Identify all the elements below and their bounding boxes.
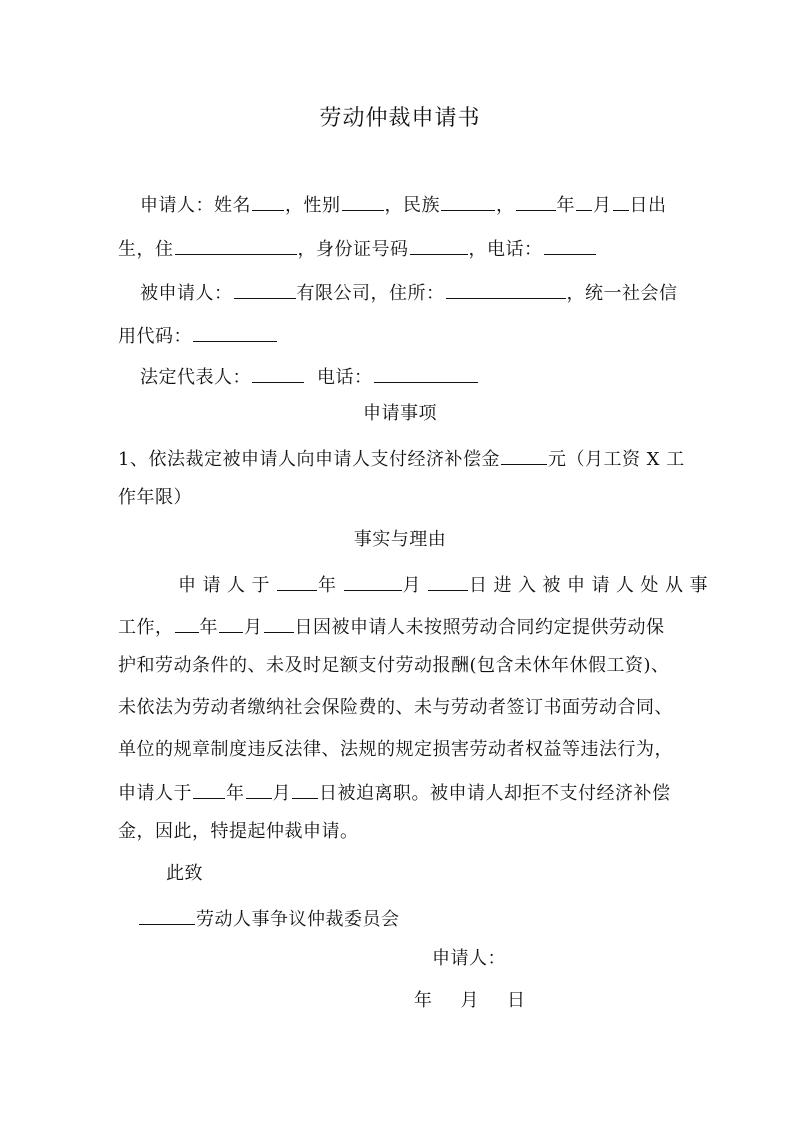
applicant-ethnicity-field[interactable] — [441, 190, 495, 211]
colon: ： — [174, 326, 193, 347]
resign-year-field[interactable] — [193, 778, 225, 799]
label-month: 月 — [403, 575, 428, 596]
applicant-gender-field[interactable] — [342, 190, 384, 211]
label-ethnicity: ，民族 — [385, 195, 441, 216]
respondent-company-field[interactable] — [234, 278, 296, 299]
label-day-born: 日出 — [630, 195, 667, 216]
signature-date: 年月日 — [414, 989, 526, 1013]
facts-text: 申请人于 — [118, 783, 192, 804]
signature-label: 申请人： — [432, 947, 506, 971]
colon: ： — [426, 283, 445, 304]
birth-day-field[interactable] — [613, 190, 629, 211]
claims-heading: 申请事项 — [0, 402, 800, 426]
document-title: 劳动仲裁申请书 — [0, 104, 800, 134]
label-applicant-name: 申请人：姓名 — [140, 195, 251, 216]
applicant-phone-field[interactable] — [544, 234, 596, 255]
label-month: 月 — [244, 617, 263, 638]
committee-name: 劳动人事争议仲裁委员会 — [196, 909, 400, 930]
applicant-id-field[interactable] — [410, 234, 468, 255]
colon: ： — [524, 239, 543, 260]
date-year-label: 年 — [414, 990, 433, 1011]
facts-heading: 事实与理由 — [0, 528, 800, 552]
facts-text: 工作， — [118, 617, 174, 638]
facts-line-6: 申请人于年月日被迫离职。被申请人却拒不支付经济补偿 — [118, 778, 671, 806]
claim-item-1-text: 1、依法裁定被申请人向申请人支付经济补偿金 — [118, 449, 500, 470]
label-month: 月 — [593, 195, 612, 216]
applicant-address-field[interactable] — [175, 234, 297, 255]
label-phone: ，电话 — [469, 239, 525, 260]
colon: ： — [354, 367, 373, 388]
facts-text: 日被迫离职。被申请人却拒不支付经济补偿 — [319, 783, 671, 804]
legal-rep-phone-field[interactable] — [374, 362, 478, 383]
salutation: 此致 — [166, 862, 203, 886]
label-credit-code-cont: 用代码 — [118, 326, 174, 347]
label-month: 月 — [273, 783, 292, 804]
facts-line-4: 未依法为劳动者缴纳社会保险费的、未与劳动者签订书面劳动合同、 — [118, 696, 673, 720]
event-month-field[interactable] — [219, 612, 243, 633]
colon: ： — [214, 283, 233, 304]
respondent-line-1: 被申请人：有限公司，住所：，统一社会信 — [140, 278, 678, 306]
label-company-suffix: 有限公司，住所 — [297, 283, 427, 304]
respondent-line-2: 用代码： — [118, 321, 278, 349]
respondent-address-field[interactable] — [446, 278, 566, 299]
claim-item-1-cont: 作年限） — [118, 486, 192, 510]
label-credit-code: ，统一社会信 — [567, 283, 678, 304]
label-rep-phone: 电话 — [317, 367, 354, 388]
label-id-number: ，身份证号码 — [298, 239, 409, 260]
legal-rep-line: 法定代表人：电话： — [140, 362, 479, 390]
entry-month-field[interactable] — [344, 570, 402, 591]
facts-text: 申请人于 — [178, 575, 276, 596]
facts-line-1: 申请人于年月日进入被申请人处从事 — [178, 570, 714, 598]
birth-year-field[interactable] — [516, 190, 556, 211]
date-day-label: 日 — [507, 990, 526, 1011]
applicant-line-2: 生，住，身份证号码，电话： — [118, 234, 597, 262]
label-respondent: 被申请人 — [140, 283, 214, 304]
birth-month-field[interactable] — [576, 190, 592, 211]
credit-code-field[interactable] — [193, 321, 277, 342]
committee-location-field[interactable] — [139, 904, 195, 925]
claim-item-1: 1、依法裁定被申请人向申请人支付经济补偿金元（月工资 X 工 — [118, 444, 685, 472]
facts-line-5: 单位的规章制度违反法律、法规的规定损害劳动者权益等违法行为， — [118, 738, 673, 762]
date-month-label: 月 — [461, 990, 480, 1011]
facts-line-3: 护和劳动条件的、未及时足额支付劳动报酬(包含未休年休假工资)、 — [118, 654, 670, 678]
applicant-name-field[interactable] — [252, 190, 284, 211]
claim-item-1-unit: 元（月工资 X 工 — [548, 449, 685, 470]
facts-text: 日进入被申请人处从事 — [469, 575, 714, 596]
label-year: 年 — [557, 195, 576, 216]
label-year: 年 — [200, 617, 219, 638]
label-legal-rep: 法定代表人 — [140, 367, 233, 388]
comma: ， — [496, 195, 515, 216]
colon: ： — [233, 367, 252, 388]
event-day-field[interactable] — [264, 612, 294, 633]
committee-line: 劳动人事争议仲裁委员会 — [138, 904, 400, 932]
facts-text: 日因被申请人未按照劳动合同约定提供劳动保 — [295, 617, 665, 638]
resign-day-field[interactable] — [292, 778, 318, 799]
label-year: 年 — [318, 575, 343, 596]
resign-month-field[interactable] — [246, 778, 272, 799]
document-page: 劳动仲裁申请书 申请人：姓名，性别，民族，年月日出 生，住，身份证号码，电话： … — [0, 0, 800, 1132]
entry-year-field[interactable] — [277, 570, 317, 591]
applicant-line-1: 申请人：姓名，性别，民族，年月日出 — [140, 190, 667, 218]
label-residence: 生，住 — [118, 239, 174, 260]
facts-line-7: 金，因此，特提起仲裁申请。 — [118, 820, 359, 844]
compensation-amount-field[interactable] — [501, 444, 547, 465]
label-gender: ，性别 — [285, 195, 341, 216]
facts-line-2: 工作，年月日因被申请人未按照劳动合同约定提供劳动保 — [118, 612, 665, 640]
event-year-field[interactable] — [175, 612, 199, 633]
entry-day-field[interactable] — [428, 570, 468, 591]
legal-rep-field[interactable] — [252, 362, 304, 383]
label-year: 年 — [226, 783, 245, 804]
